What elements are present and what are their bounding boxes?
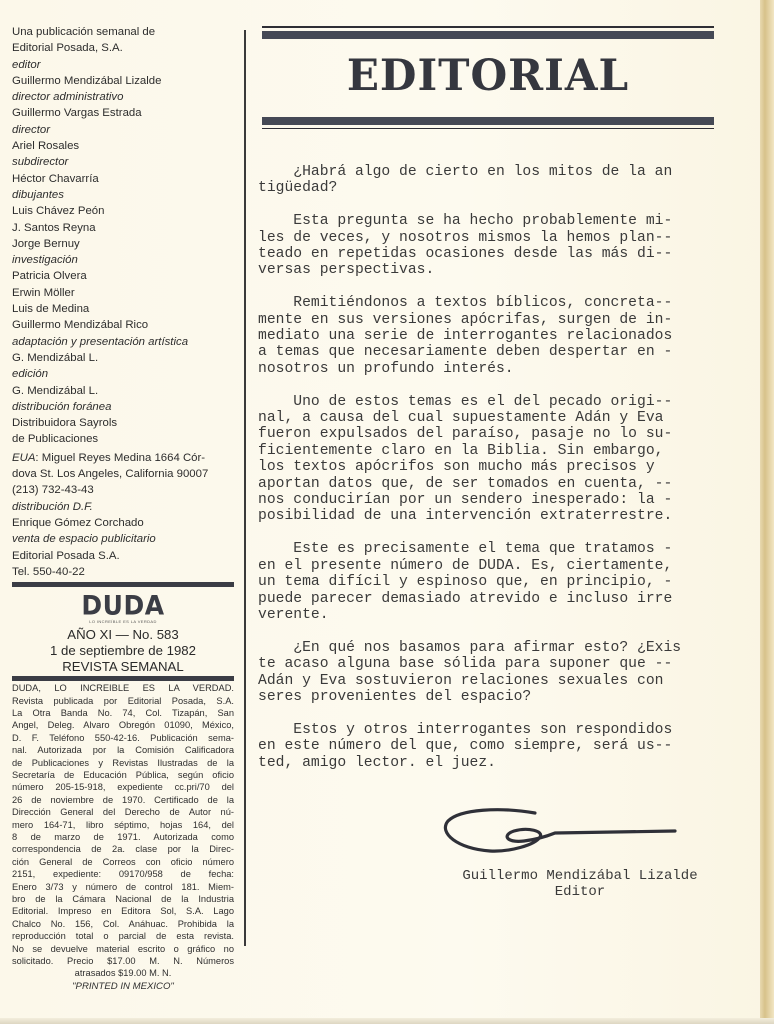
credit-name: Luis de Medina	[12, 301, 234, 317]
issue-block: DUDA Lo increíble es la verdad AÑO XI — …	[12, 593, 234, 675]
legal-line: La Otra Banda No. 74, Col. Tizapán, San	[12, 707, 234, 719]
credit-name: Guillermo Mendizábal Rico	[12, 317, 234, 333]
eua-line: dova St. Los Angeles, California 90007	[12, 466, 234, 482]
credit-role: director administrativo	[12, 89, 234, 105]
eua-line: : Miguel Reyes Medina 1664 Cór-	[35, 452, 205, 464]
header-rule-thin	[262, 26, 714, 28]
printed-in-mexico: "PRINTED IN MEXICO"	[12, 981, 234, 993]
legal-line: número 205-15-918, expediente cc.pri/70 …	[12, 781, 234, 793]
editorial-title: EDITORIAL	[267, 52, 710, 100]
editorial-paragraph: Estos y otros interrogantes son respondi…	[258, 722, 718, 771]
editorial-paragraph: Uno de estos temas es el del pecado orig…	[258, 394, 718, 525]
legal-line: Secretaría de Educación Pública, según o…	[12, 769, 234, 781]
credit-name: Patricia Olvera	[12, 268, 234, 284]
legal-notice: DUDA, LO INCREIBLE ES LA VERDAD.Revista …	[12, 682, 234, 993]
legal-line: Revista publicada por Editorial Posada, …	[12, 695, 234, 707]
signature-name: Guillermo Mendizábal Lizalde	[420, 869, 740, 885]
legal-line: ción General de Correos con oficio númer…	[12, 856, 234, 868]
legal-lines: DUDA, LO INCREIBLE ES LA VERDAD.Revista …	[12, 682, 234, 967]
editorial-paragraph: ¿En qué nos basamos para afirmar esto? ¿…	[258, 640, 718, 706]
signature-block: Guillermo Mendizábal Lizalde Editor	[420, 869, 740, 900]
legal-line: reproducción total o parcial de esta rev…	[12, 930, 234, 942]
credit-name: Erwin Möller	[12, 285, 234, 301]
header-rule-thick	[262, 31, 714, 39]
signature-icon	[440, 805, 720, 865]
credit-name: Guillermo Mendizábal Lizalde	[12, 73, 234, 89]
duda-logo: DUDA	[12, 592, 234, 619]
editorial-paragraph: Este es precisamente el tema que tratamo…	[258, 541, 718, 623]
legal-line: de Publicaciones y Revistas Ilustradas d…	[12, 757, 234, 769]
issue-date: 1 de septiembre de 1982	[12, 643, 234, 659]
credit-name: Luis Chávez Peón	[12, 203, 234, 219]
credit-role: investigación	[12, 252, 234, 268]
credit-role: editor	[12, 57, 234, 73]
credit-name: de Publicaciones	[12, 431, 234, 447]
credit-name: Distribuidora Sayrols	[12, 415, 234, 431]
editorial-paragraph: Esta pregunta se ha hecho probablemente …	[258, 213, 718, 279]
credit-name: Ariel Rosales	[12, 138, 234, 154]
editorial-body: ¿Habrá algo de cierto en los mitos de la…	[258, 164, 718, 787]
legal-line: mero 164-71, libro séptimo, hojas 164, d…	[12, 819, 234, 831]
intro-line: Editorial Posada, S.A.	[12, 40, 234, 56]
masthead-intro: Una publicación semanal deEditorial Posa…	[12, 24, 234, 57]
credit-name: J. Santos Reyna	[12, 220, 234, 236]
credit-role: dibujantes	[12, 187, 234, 203]
legal-line: D. F. Teléfono 550-42-16. Publicación se…	[12, 732, 234, 744]
legal-line: DUDA, LO INCREIBLE ES LA VERDAD.	[12, 682, 234, 694]
masthead-column: Una publicación semanal deEditorial Posa…	[12, 24, 234, 993]
legal-line: 2151, expediente: 09170/958 de fecha:	[12, 868, 234, 880]
credit-role: edición	[12, 366, 234, 382]
legal-line: nal. Autorizada por la Comisión Califica…	[12, 744, 234, 756]
masthead-credits-2: distribución D.F.Enrique Gómez Corchadov…	[12, 499, 234, 580]
credit-name: Jorge Bernuy	[12, 236, 234, 252]
legal-line: 26 de noviembre de 1970. Certificado de …	[12, 794, 234, 806]
legal-line: Chalco No. 156, Col. Anáhuac. Prohibida …	[12, 918, 234, 930]
legal-line: No se devuelve material escrito o gráfic…	[12, 943, 234, 955]
intro-line: Una publicación semanal de	[12, 24, 234, 40]
eua-address: EUA: Miguel Reyes Medina 1664 Cór- dova …	[12, 450, 234, 499]
editorial-paragraph: Remitiéndonos a textos bíblicos, concret…	[258, 295, 718, 377]
column-divider	[244, 30, 246, 946]
issue-divider-bar	[12, 676, 234, 681]
issue-frequency: REVISTA SEMANAL	[12, 659, 234, 675]
credit-role: adaptación y presentación artística	[12, 334, 234, 350]
credit-role: venta de espacio publicitario	[12, 531, 234, 547]
eua-line: (213) 732-43-43	[12, 482, 234, 498]
legal-line: 8 de marzo de 1971. Autorizada como	[12, 831, 234, 843]
credit-role: subdirector	[12, 154, 234, 170]
credit-role: distribución foránea	[12, 399, 234, 415]
masthead-credits: editorGuillermo Mendizábal Lizaldedirect…	[12, 57, 234, 448]
credit-name: Editorial Posada S.A.	[12, 548, 234, 564]
legal-line: bro de la Cámara Nacional de la Industri…	[12, 893, 234, 905]
credit-name: Guillermo Vargas Estrada	[12, 105, 234, 121]
legal-line: correspondencia de 2a. clase por la Dire…	[12, 843, 234, 855]
masthead-divider-bar	[12, 582, 234, 587]
editorial-header: EDITORIAL	[262, 26, 714, 129]
header-rule-thick	[262, 117, 714, 125]
credit-name: Héctor Chavarría	[12, 171, 234, 187]
page-edge	[760, 0, 774, 1024]
signature-title: Editor	[420, 885, 740, 901]
credit-role: director	[12, 122, 234, 138]
eua-label: EUA	[12, 452, 35, 464]
credit-name: G. Mendizábal L.	[12, 350, 234, 366]
legal-line: Dirección General del Derecho de Autor n…	[12, 806, 234, 818]
legal-line: Angel, Deleg. Alvaro Obregón 01090, Méxi…	[12, 719, 234, 731]
credit-name: G. Mendizábal L.	[12, 383, 234, 399]
legal-line: Enero 3/73 y número de control 181. Miem…	[12, 881, 234, 893]
header-rule-thin	[262, 128, 714, 130]
editorial-paragraph: ¿Habrá algo de cierto en los mitos de la…	[258, 164, 718, 197]
credit-name: Tel. 550-40-22	[12, 564, 234, 580]
issue-volume: AÑO XI — No. 583	[12, 627, 234, 643]
credit-role: distribución D.F.	[12, 499, 234, 515]
legal-last-line: atrasados $19.00 M. N.	[12, 967, 234, 979]
page-bottom-edge	[0, 1018, 774, 1024]
credit-name: Enrique Gómez Corchado	[12, 515, 234, 531]
legal-line: solicitado. Precio $17.00 M. N. Números	[12, 955, 234, 967]
legal-line: Editorial. Impreso en Editora Sol, S.A. …	[12, 905, 234, 917]
